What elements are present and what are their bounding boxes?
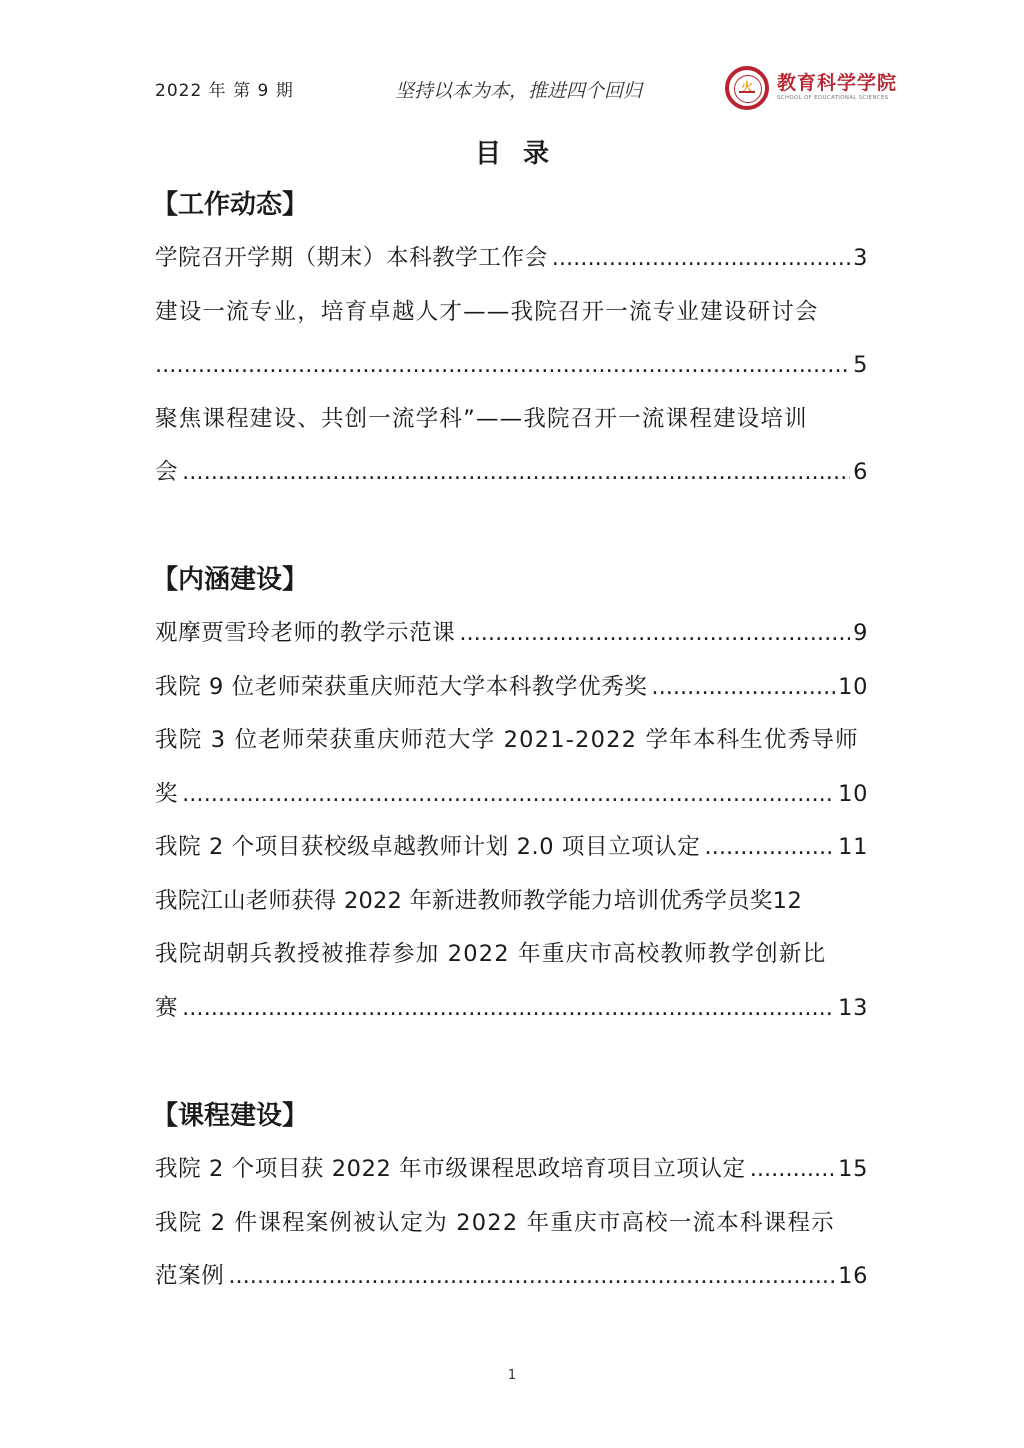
leader-dots: [552, 232, 850, 286]
toc-entry[interactable]: 观摩贾雪玲老师的教学示范课9: [155, 607, 868, 661]
page-number: 10: [838, 661, 868, 715]
leader-dots: [651, 661, 835, 715]
page-number: 15: [838, 1143, 868, 1197]
page-number: 10: [838, 768, 868, 822]
toc-title: 目录: [0, 133, 1024, 170]
toc-entry[interactable]: 聚焦课程建设、共创一流学科”——我院召开一流课程建设培训 会6: [155, 393, 868, 500]
leader-dots: [705, 821, 836, 875]
school-name-english: SCHOOL OF EDUCATIONAL SCIENCES: [777, 95, 888, 101]
toc-entry[interactable]: 我院 2 个项目获 2022 年市级课程思政培育项目立项认定15: [155, 1143, 868, 1197]
section-heading: 【课程建设】: [152, 1089, 868, 1143]
leader-dots: [182, 446, 850, 500]
toc-entry[interactable]: 建设一流专业，培育卓越人才——我院召开一流专业建设研讨会 5: [155, 286, 868, 393]
toc-entry[interactable]: 我院 2 个项目获校级卓越教师计划 2.0 项目立项认定11: [155, 821, 868, 875]
leader-dots: [182, 982, 835, 1036]
toc-entry[interactable]: 我院 2 件课程案例被认定为 2022 年重庆市高校一流本科课程示 范案例16: [155, 1197, 868, 1304]
section-heading: 【内涵建设】: [152, 553, 868, 607]
leader-dots: [182, 768, 835, 822]
leader-dots: [155, 339, 850, 393]
toc-entry[interactable]: 学院召开学期（期末）本科教学工作会3: [155, 232, 868, 286]
toc-section-connotation: 【内涵建设】 观摩贾雪玲老师的教学示范课9 我院 9 位老师荣获重庆师范大学本科…: [155, 553, 868, 1035]
page-number: 16: [838, 1250, 868, 1304]
page-number: 13: [838, 982, 868, 1036]
toc-section-work-news: 【工作动态】 学院召开学期（期末）本科教学工作会3 建设一流专业，培育卓越人才—…: [155, 178, 868, 500]
page-number: 5: [853, 339, 868, 393]
page-number: 12: [773, 875, 803, 929]
school-name: 教育科学学院: [777, 68, 897, 95]
school-emblem-icon: 火: [725, 66, 769, 110]
toc-entry[interactable]: 我院胡朝兵教授被推荐参加 2022 年重庆市高校教师教学创新比 赛13: [155, 928, 868, 1035]
toc-entry[interactable]: 我院江山老师获得 2022 年新进教师教学能力培训优秀学员奖12: [155, 875, 868, 929]
leader-dots: [750, 1143, 835, 1197]
toc-entry[interactable]: 我院 3 位老师荣获重庆师范大学 2021-2022 学年本科生优秀导师 奖10: [155, 714, 868, 821]
footer-page-number: 1: [0, 1368, 1024, 1383]
toc-entry[interactable]: 我院 9 位老师荣获重庆师范大学本科教学优秀奖10: [155, 661, 868, 715]
page-header: 2022 年 第 9 期 坚持以本为本，推进四个回归 火 教育科学学院 SCHO…: [155, 66, 900, 112]
leader-dots: [228, 1250, 835, 1304]
school-logo: 火 教育科学学院 SCHOOL OF EDUCATIONAL SCIENCES: [725, 66, 905, 112]
page-number: 11: [838, 821, 868, 875]
issue-number: 2022 年 第 9 期: [155, 76, 294, 101]
header-motto: 坚持以本为本，推进四个回归: [395, 76, 642, 103]
section-heading: 【工作动态】: [152, 178, 868, 232]
toc-section-curriculum: 【课程建设】 我院 2 个项目获 2022 年市级课程思政培育项目立项认定15 …: [155, 1089, 868, 1304]
page-number: 6: [853, 446, 868, 500]
page-number: 3: [853, 232, 868, 286]
page-number: 9: [853, 607, 868, 661]
leader-dots: [459, 607, 850, 661]
